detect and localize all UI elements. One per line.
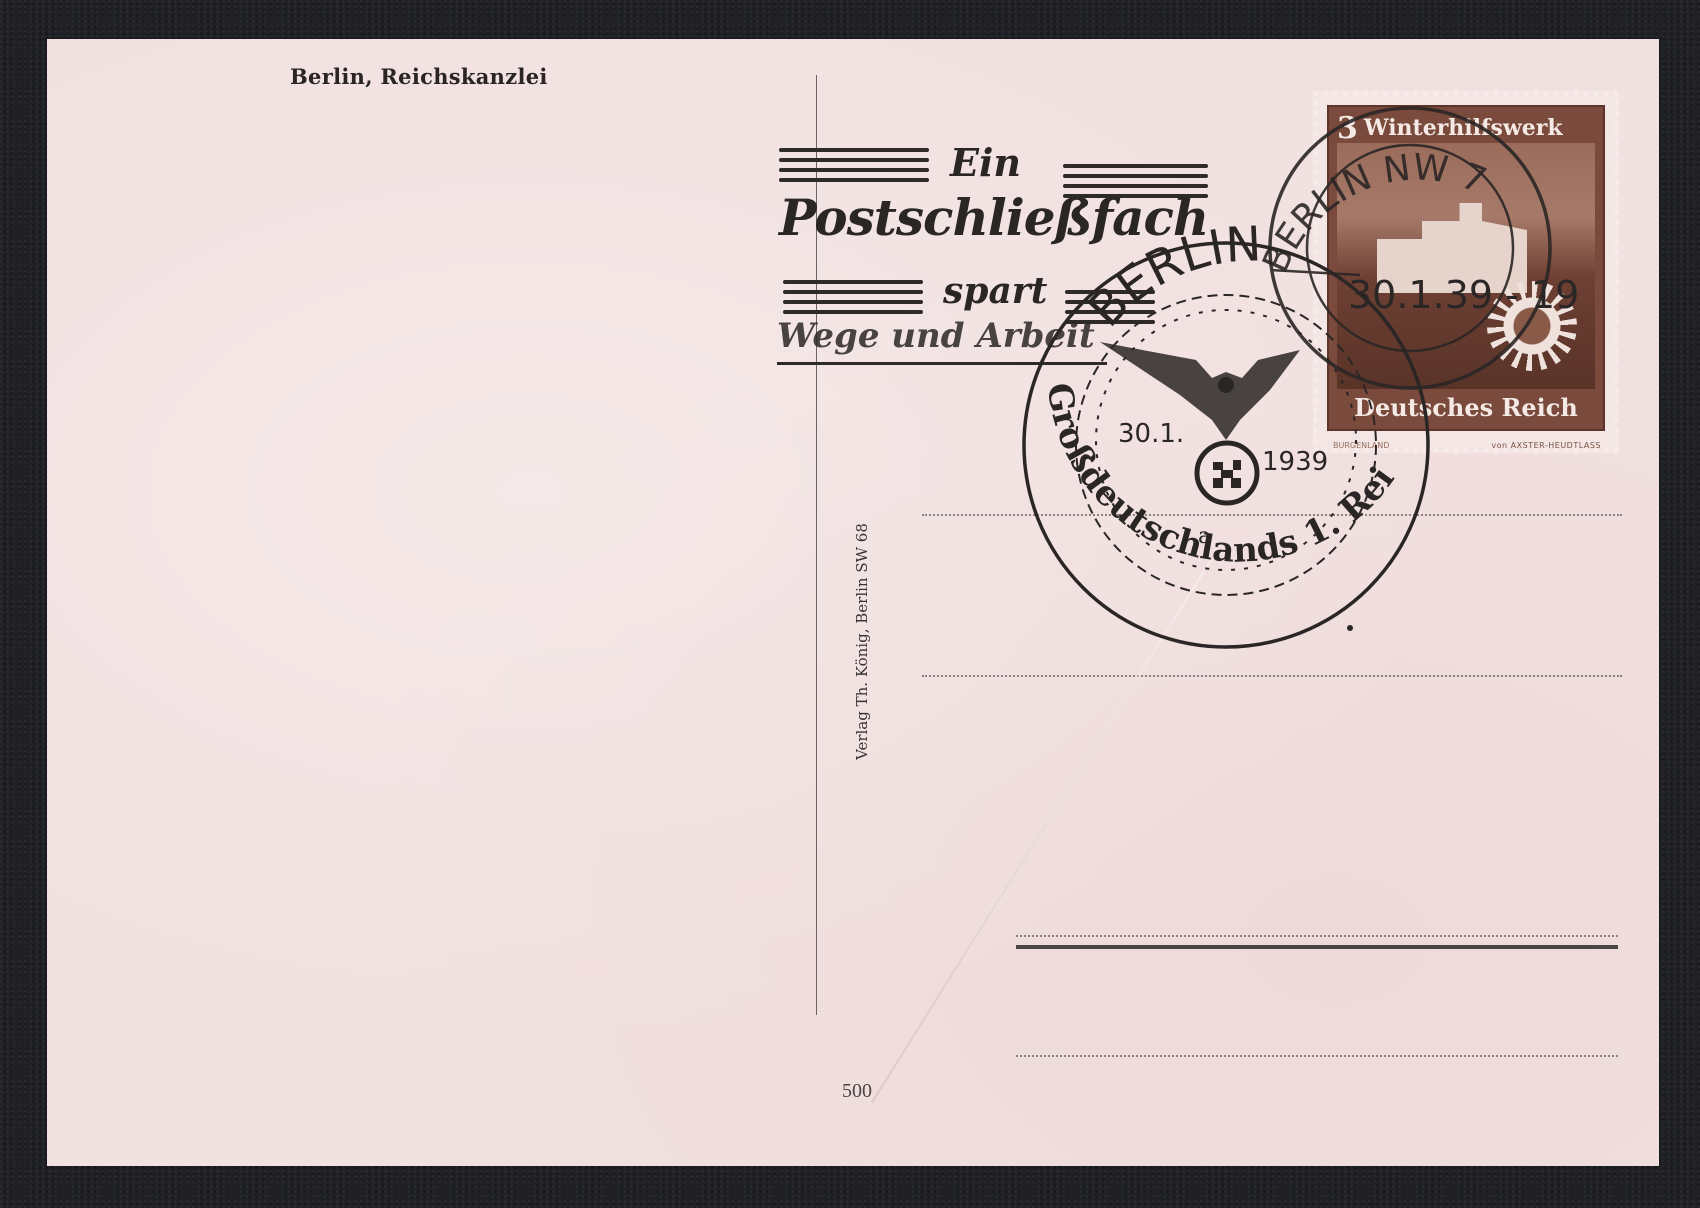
card-caption: Berlin, Reichskanzlei: [290, 64, 548, 89]
cancel-line-3: spart: [943, 270, 1047, 312]
stamp-credit-left: BURGENLAND: [1333, 441, 1389, 450]
cancel-line-2: Postschließfach: [779, 188, 1208, 247]
castle-illustration: [1377, 203, 1527, 293]
stamp-country: Deutsches Reich: [1337, 393, 1595, 425]
address-line-2: [922, 675, 1622, 677]
stamp-castle-scene: [1337, 143, 1595, 389]
cancel-bars-top-left: [779, 148, 929, 188]
address-line-4: [1016, 1055, 1618, 1057]
machine-cancel: Ein Postschließfach spart Wege und Arbei…: [775, 140, 1215, 380]
thistle-flower-illustration: [1487, 281, 1577, 371]
stamp-credit-right: von AXSTER-HEUDTLASS: [1491, 441, 1601, 450]
stamp-design: 3Winterhilfswerk Deutsches Reich: [1327, 105, 1605, 431]
stamp-top-text: Winterhilfswerk: [1364, 115, 1563, 141]
cancel-line-4: Wege und Arbeit: [777, 316, 1095, 356]
postage-stamp: 3Winterhilfswerk Deutsches Reich BURGENL…: [1313, 91, 1619, 453]
stamp-header: 3Winterhilfswerk: [1337, 111, 1595, 141]
print-number: 500: [842, 1080, 872, 1103]
cancel-bars-bottom-left: [783, 280, 923, 320]
address-line-underline: [1016, 945, 1618, 949]
publisher-imprint: Verlag Th. König, Berlin SW 68: [853, 523, 871, 760]
stamp-value: 3: [1337, 111, 1358, 146]
cancel-line-1: Ein: [950, 140, 1021, 185]
address-line-3: [1016, 935, 1618, 937]
cancel-underline: [777, 362, 1107, 365]
address-line-1: [922, 514, 1622, 516]
